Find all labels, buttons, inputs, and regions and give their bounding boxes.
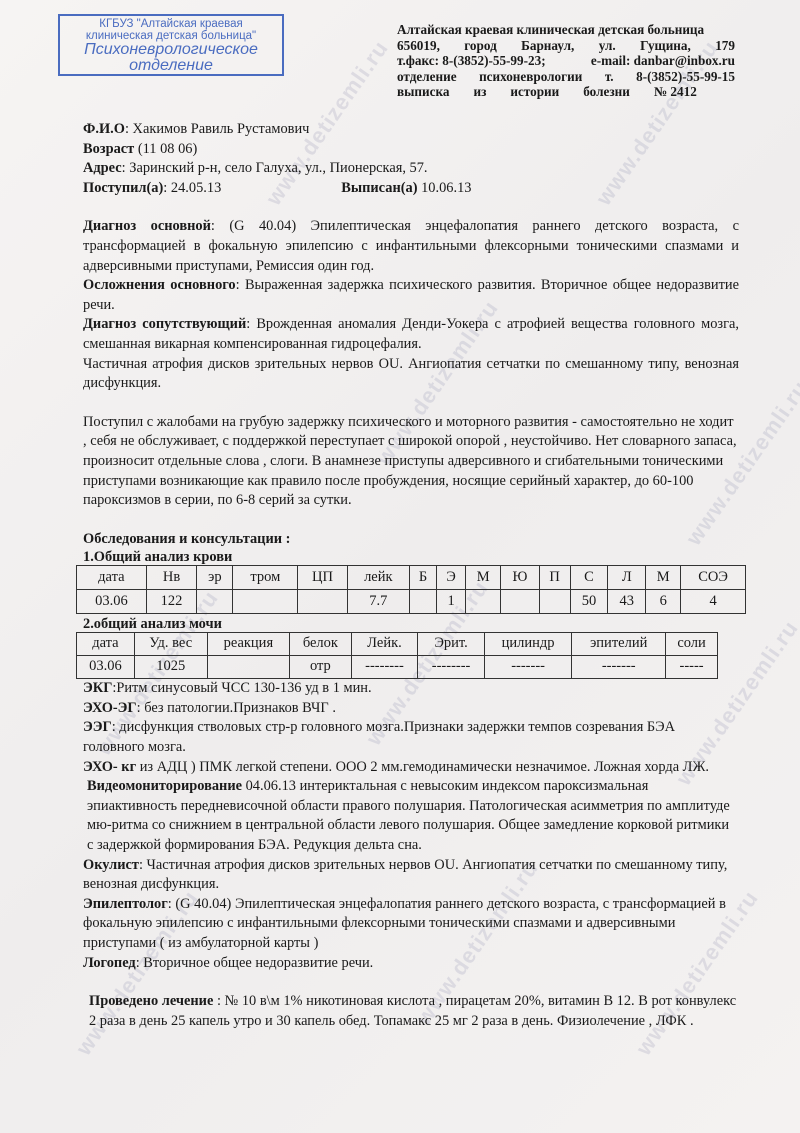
table-header-cell: П bbox=[539, 566, 570, 590]
table-cell bbox=[197, 590, 233, 614]
scanned-page: www.detizemli.ru www.detizemli.ru www.de… bbox=[0, 0, 800, 1133]
table-cell: 6 bbox=[646, 590, 681, 614]
table-header-cell: эпителий bbox=[572, 633, 666, 656]
extract-number: выписка из истории болезни № 2412 bbox=[397, 84, 735, 100]
stamp-line: отделение bbox=[64, 58, 278, 74]
table-cell: 03.06 bbox=[77, 656, 135, 679]
stamp-line: Психоневрологическое bbox=[64, 42, 278, 58]
admission-dates: Поступил(а): 24.05.13 Выписан(а) 10.06.1… bbox=[83, 179, 739, 199]
logoped-result: Логопед: Вторичное общее недоразвитие ре… bbox=[83, 954, 739, 974]
table-cell: ------- bbox=[484, 656, 571, 679]
table-cell bbox=[233, 590, 298, 614]
table-cell: 1025 bbox=[134, 656, 207, 679]
department-stamp: КГБУЗ "Алтайская краевая клиническая дет… bbox=[58, 14, 284, 76]
concomitant-diagnosis: Диагноз сопутствующий: Врожденная аномал… bbox=[83, 315, 739, 354]
table-cell: ----- bbox=[666, 656, 718, 679]
email: e-mail: danbar@inbox.ru bbox=[591, 53, 735, 69]
blood-test-table: датаНвэртромЦПлейкБЭМЮПСЛМСОЭ 03.061227.… bbox=[76, 565, 746, 614]
oculist-result: Окулист: Частичная атрофия дисков зрител… bbox=[83, 856, 739, 895]
table-header-cell: Б bbox=[410, 566, 437, 590]
table-cell: 7.7 bbox=[347, 590, 409, 614]
patient-name: Ф.И.О: Хакимов Равиль Рустамович bbox=[83, 120, 739, 140]
eeg-result: ЭЭГ: дисфункция стволовых стр-р головног… bbox=[83, 718, 739, 757]
phone-fax: т.факс: 8-(3852)-55-99-23; bbox=[397, 53, 546, 69]
table-header-cell: С bbox=[570, 566, 608, 590]
table-cell bbox=[501, 590, 540, 614]
table-header-cell: реакция bbox=[207, 633, 290, 656]
table-header-cell: М bbox=[646, 566, 681, 590]
epileptologist-result: Эпилептолог: (G 40.04) Эпилептическая эн… bbox=[83, 895, 739, 954]
admitted-date: Поступил(а): 24.05.13 bbox=[83, 179, 221, 199]
table-cell: 03.06 bbox=[77, 590, 147, 614]
table-header-cell: соли bbox=[666, 633, 718, 656]
blood-test-title: 1.Общий анализ крови bbox=[83, 549, 739, 565]
ekg-result: ЭКГ:Ритм синусовый ЧСС 130-136 уд в 1 ми… bbox=[83, 679, 739, 699]
main-diagnosis: Диагноз основной: (G 40.04) Эпилептическ… bbox=[83, 217, 739, 276]
urine-test-title: 2.общий анализ мочи bbox=[83, 616, 739, 632]
hospital-address: 656019, город Барнаул, ул. Гущина, 179 bbox=[397, 38, 735, 54]
table-cell bbox=[539, 590, 570, 614]
table-row: 03.061227.71504364 bbox=[77, 590, 746, 614]
table-header-cell: дата bbox=[77, 633, 135, 656]
table-cell: 50 bbox=[570, 590, 608, 614]
exams-title: Обследования и консультации : bbox=[83, 530, 739, 550]
table-header-cell: Нв bbox=[146, 566, 197, 590]
table-header-cell: Э bbox=[437, 566, 466, 590]
table-header-cell: белок bbox=[290, 633, 352, 656]
hospital-name: Алтайская краевая клиническая детская бо… bbox=[397, 22, 704, 38]
table-header-cell: Л bbox=[608, 566, 646, 590]
hospital-header: Алтайская краевая клиническая детская бо… bbox=[397, 22, 735, 100]
table-row: 03.061025отр----------------------------… bbox=[77, 656, 718, 679]
table-header-cell: тром bbox=[233, 566, 298, 590]
table-cell bbox=[298, 590, 347, 614]
table-header-cell: дата bbox=[77, 566, 147, 590]
table-cell: ------- bbox=[572, 656, 666, 679]
document-body: Ф.И.О: Хакимов Равиль Рустамович Возраст… bbox=[83, 120, 739, 1031]
table-header-cell: Лейк. bbox=[351, 633, 418, 656]
table-header-cell: СОЭ bbox=[681, 566, 746, 590]
table-cell: -------- bbox=[351, 656, 418, 679]
table-cell bbox=[410, 590, 437, 614]
table-header-cell: Ю bbox=[501, 566, 540, 590]
table-cell: 43 bbox=[608, 590, 646, 614]
urine-test-table: датаУд. весреакциябелокЛейк.Эрит.цилиндр… bbox=[76, 632, 718, 679]
table-cell: отр bbox=[290, 656, 352, 679]
table-header-cell: М bbox=[466, 566, 501, 590]
echo-eg-result: ЭХО-ЭГ: без патологии.Признаков ВЧГ . bbox=[83, 699, 739, 719]
echo-kg-result: ЭХО- кг из АДЦ ) ПМК легкой степени. ООО… bbox=[83, 758, 739, 778]
table-header-row: датаУд. весреакциябелокЛейк.Эрит.цилиндр… bbox=[77, 633, 718, 656]
stamp-line: КГБУЗ "Алтайская краевая bbox=[64, 18, 278, 30]
table-cell: -------- bbox=[418, 656, 485, 679]
table-cell: 1 bbox=[437, 590, 466, 614]
table-header-cell: эр bbox=[197, 566, 233, 590]
table-header-row: датаНвэртромЦПлейкБЭМЮПСЛМСОЭ bbox=[77, 566, 746, 590]
table-header-cell: цилиндр bbox=[484, 633, 571, 656]
patient-age: Возраст (11 08 06) bbox=[83, 140, 739, 160]
table-cell: 4 bbox=[681, 590, 746, 614]
diagnosis-extra: Частичная атрофия дисков зрительных нерв… bbox=[83, 355, 739, 394]
complications: Осложнения основного: Выраженная задержк… bbox=[83, 276, 739, 315]
hospital-contacts: т.факс: 8-(3852)-55-99-23; e-mail: danba… bbox=[397, 53, 735, 69]
discharged-date: Выписан(а) 10.06.13 bbox=[341, 179, 471, 199]
table-cell bbox=[207, 656, 290, 679]
table-cell bbox=[466, 590, 501, 614]
table-header-cell: лейк bbox=[347, 566, 409, 590]
table-header-cell: ЦП bbox=[298, 566, 347, 590]
table-header-cell: Эрит. bbox=[418, 633, 485, 656]
department-phone: отделение психоневрологии т. 8-(3852)-55… bbox=[397, 69, 735, 85]
complaints: Поступил с жалобами на грубую задержку п… bbox=[83, 413, 739, 511]
table-header-cell: Уд. вес bbox=[134, 633, 207, 656]
treatment: Проведено лечение : № 10 в\м 1% никотино… bbox=[83, 992, 739, 1031]
patient-address: Адрес: Заринский р-н, село Галуха, ул., … bbox=[83, 159, 739, 179]
video-monitoring: Видеомониторирование 04.06.13 интериктал… bbox=[83, 777, 739, 855]
table-cell: 122 bbox=[146, 590, 197, 614]
